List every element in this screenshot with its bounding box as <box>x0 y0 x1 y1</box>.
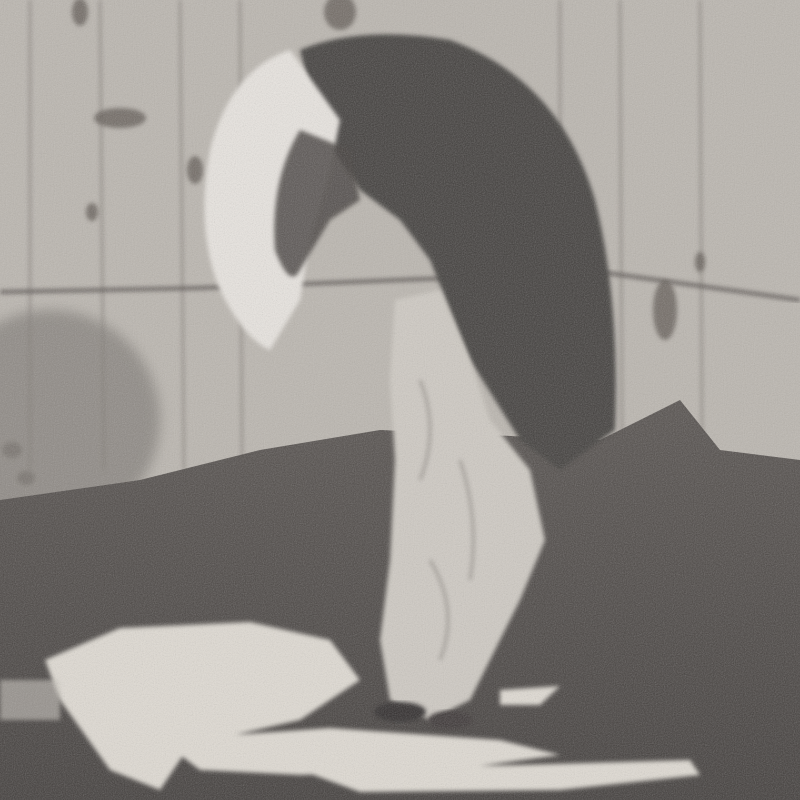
film-grain <box>0 0 800 800</box>
photograph <box>0 0 800 800</box>
photo-scene <box>0 0 800 800</box>
